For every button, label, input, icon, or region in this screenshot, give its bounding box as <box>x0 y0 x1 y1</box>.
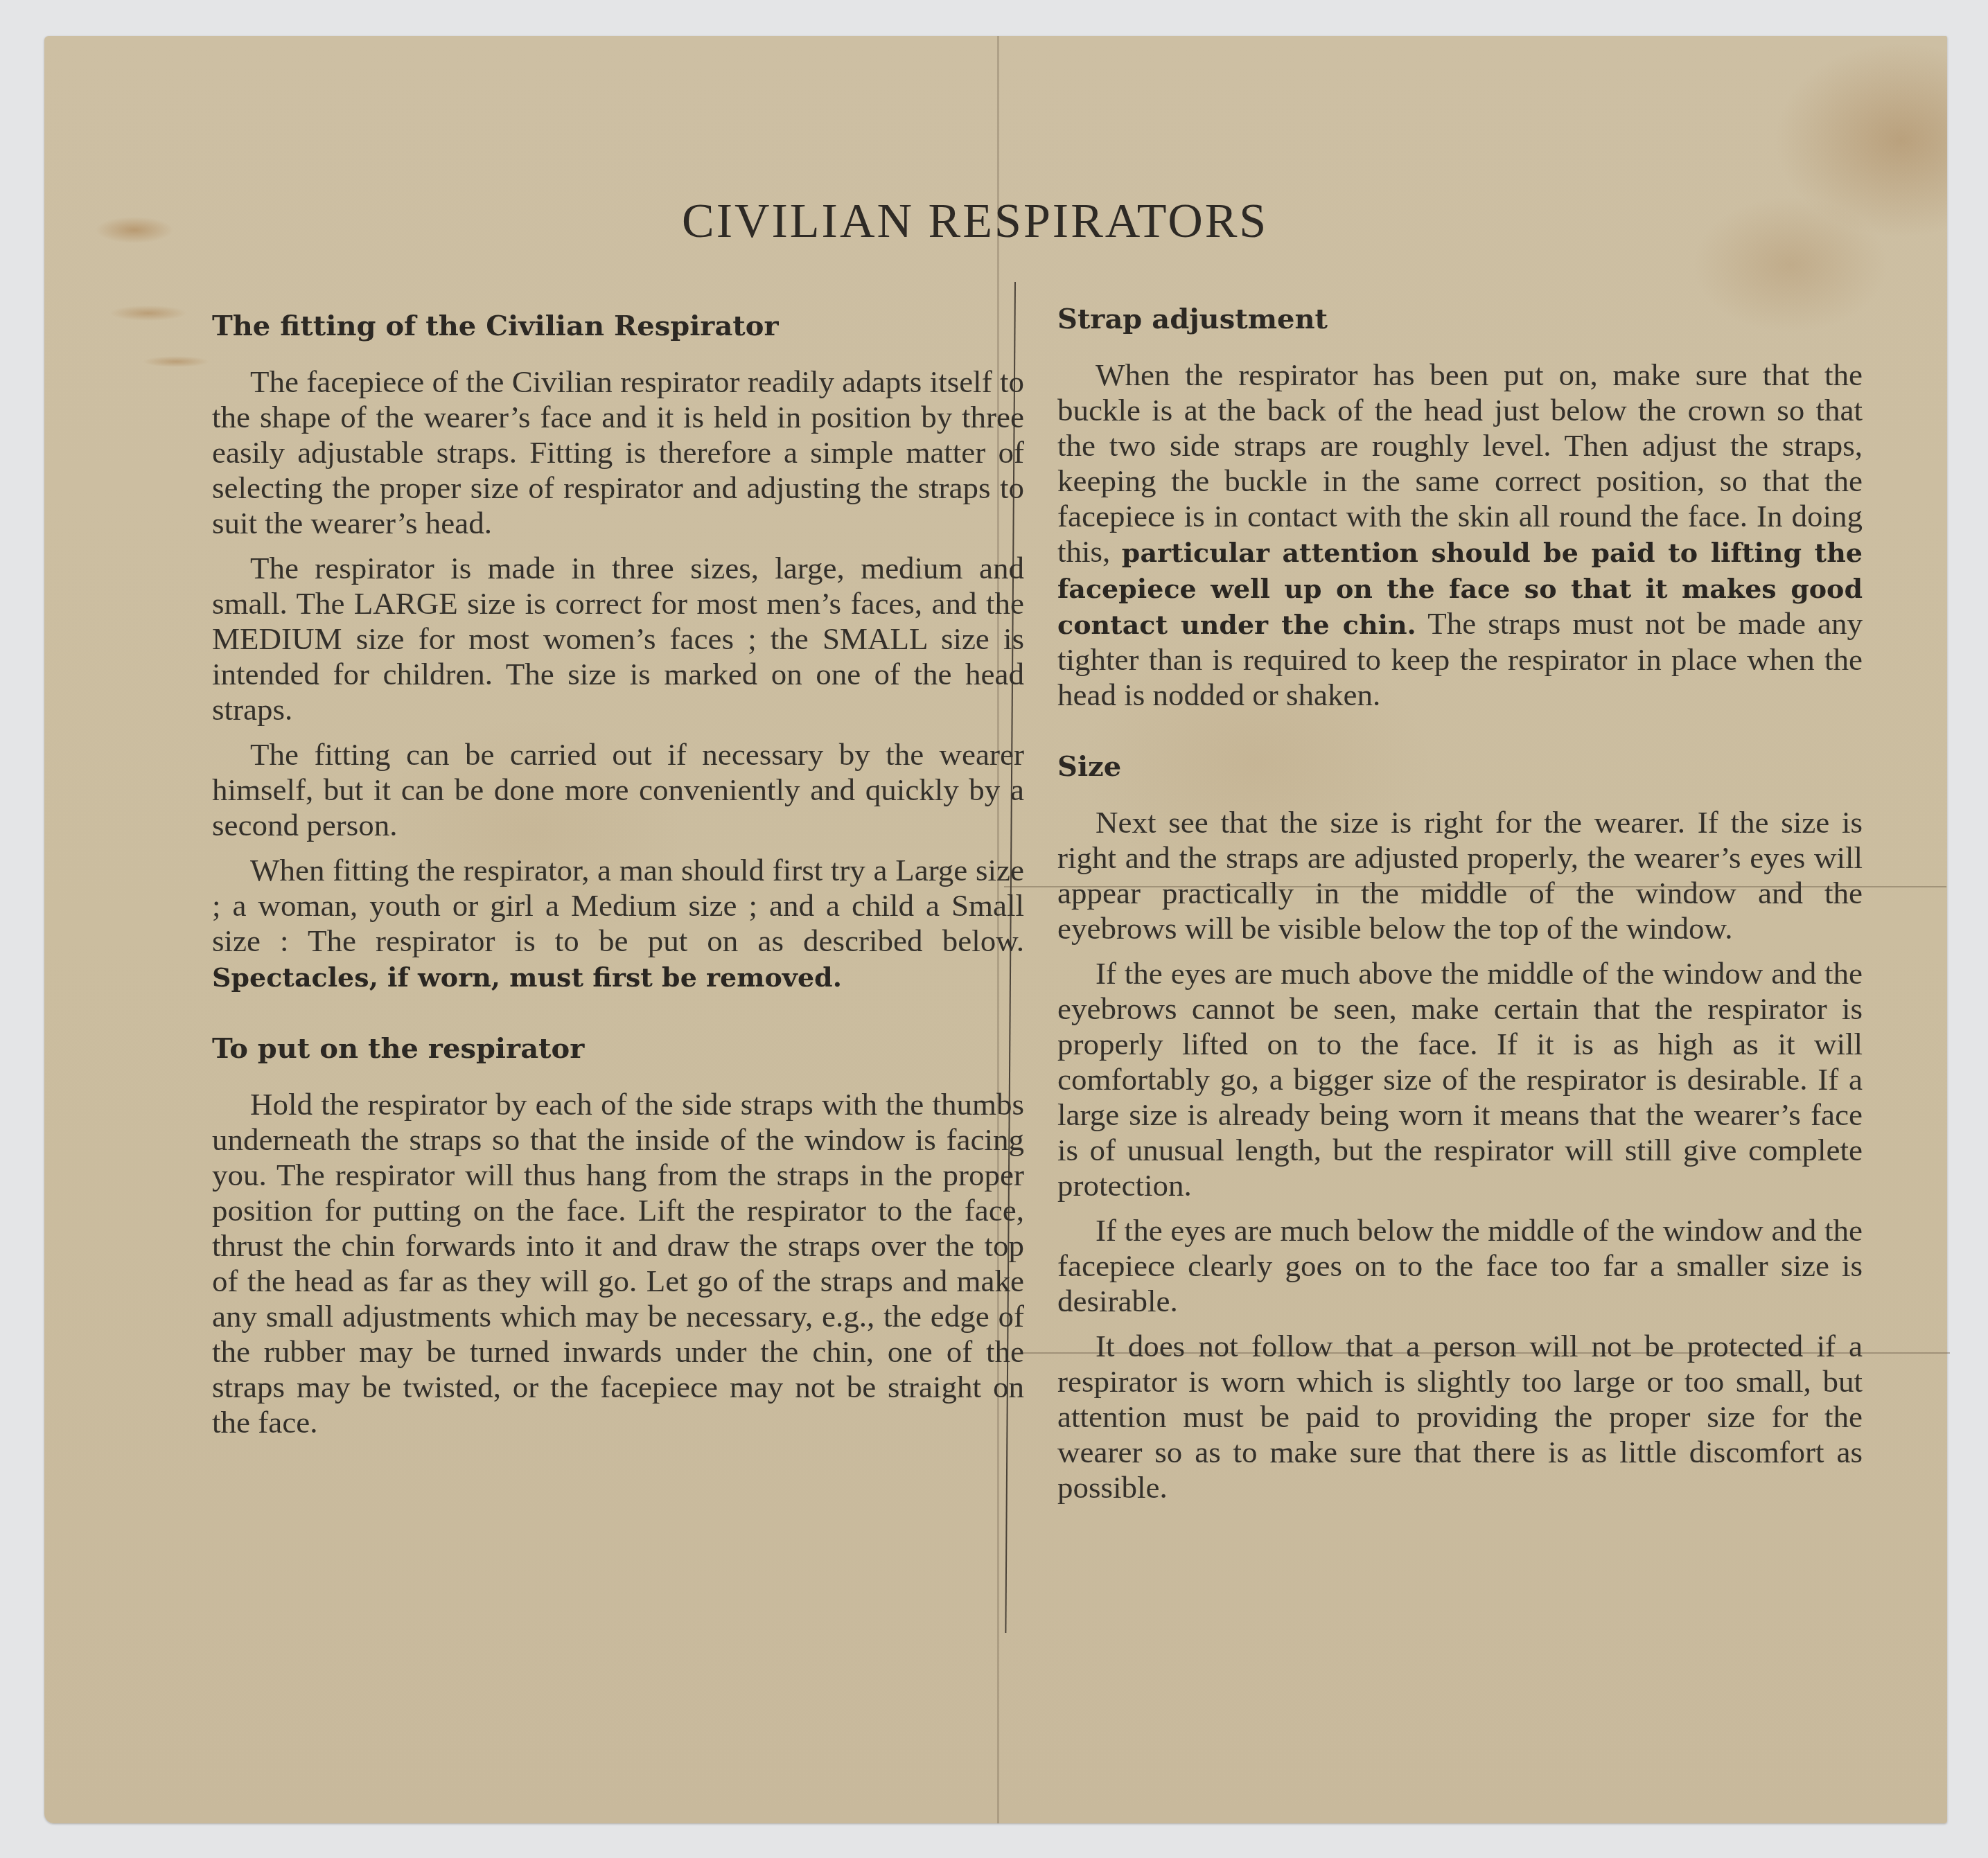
section-heading-put-on: To put on the respirator <box>212 1032 1024 1065</box>
paragraph-facepiece: The facepiece of the Civilian respirator… <box>212 364 1024 541</box>
paragraph-text: When fitting the respirator, a man shoul… <box>212 853 1024 958</box>
section-heading-strap-adjustment: Strap adjustment <box>1057 303 1863 335</box>
paragraph-buckle: When the respirator has been put on, mak… <box>1057 357 1863 713</box>
paragraph-size-right: Next see that the size is right for the … <box>1057 805 1863 946</box>
paragraph-fitting-sizes: When fitting the respirator, a man shoul… <box>212 853 1024 995</box>
paragraph-second-person: The fitting can be carried out if necess… <box>212 737 1024 843</box>
paragraph-eyes-above: If the eyes are much above the middle of… <box>1057 956 1863 1203</box>
section-heading-size: Size <box>1057 750 1863 783</box>
paragraph-eyes-below: If the eyes are much below the middle of… <box>1057 1213 1863 1319</box>
paragraph-sizes: The respirator is made in three sizes, l… <box>212 551 1024 727</box>
section-heading-fitting: The fitting of the Civilian Respirator <box>212 310 1024 342</box>
paragraph-discomfort: It does not follow that a person will no… <box>1057 1329 1863 1505</box>
spectacles-warning: Spectacles, if worn, must first be remov… <box>212 962 842 993</box>
paragraph-hold-respirator: Hold the respirator by each of the side … <box>212 1087 1024 1440</box>
right-column: Strap adjustment When the respirator has… <box>1057 303 1863 1515</box>
left-column: The fitting of the Civilian Respirator T… <box>212 310 1024 1450</box>
leaflet-page: CIVILIAN RESPIRATORS The fitting of the … <box>44 36 1947 1823</box>
page-title: CIVILIAN RESPIRATORS <box>682 194 1375 249</box>
